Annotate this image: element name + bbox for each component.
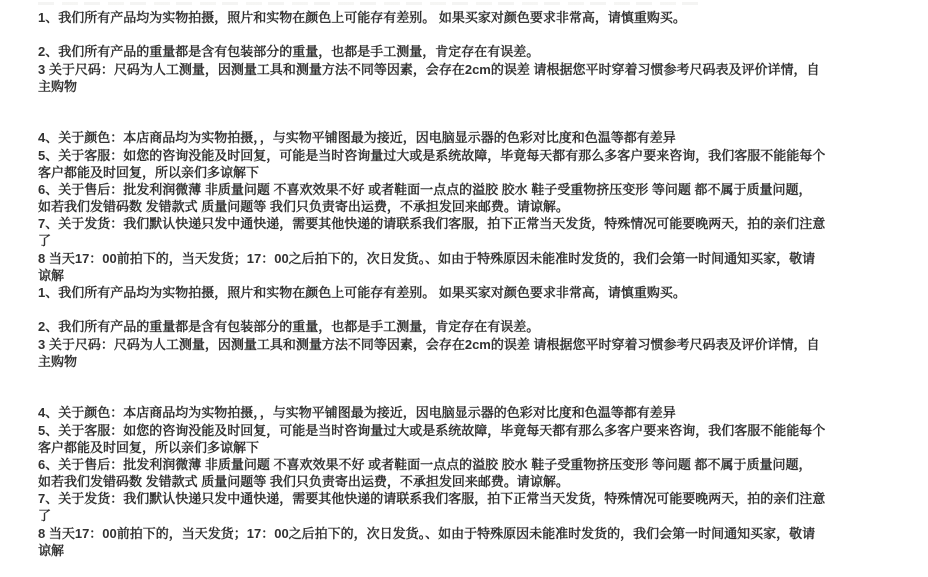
text-line: 客户都能及时回复，所以亲们多谅解下 [38, 164, 920, 181]
notice-block-2: 1、我们所有产品均为实物拍摄，照片和实物在颜色上可能存有差别。 如果买家对颜色要… [38, 284, 920, 559]
notice-text: 1、我们所有产品均为实物拍摄，照片和实物在颜色上可能存有差别。 如果买家对颜色要… [38, 9, 920, 559]
blank-line [38, 26, 920, 43]
text-line: 2、我们所有产品的重量都是含有包装部分的重量，也都是手工测量，肯定存在有误差。 [38, 43, 920, 60]
text-line: 4、关于颜色：本店商品均为实物拍摄，，与实物平铺图最为接近，因电脑显示器的色彩对… [38, 129, 920, 146]
text-line: 4、关于颜色：本店商品均为实物拍摄，，与实物平铺图最为接近，因电脑显示器的色彩对… [38, 404, 920, 421]
text-line: 6、关于售后：批发利润微薄 非质量问题 不喜欢效果不好 或者鞋面一点点的溢胶 胶… [38, 181, 920, 198]
text-line: 7、关于发货：我们默认快递只发中通快递，需要其他快递的请联系我们客服，拍下正常当… [38, 490, 920, 507]
text-line: 8 当天17：00前拍下的，当天发货；17：00之后拍下的，次日发货。、如由于特… [38, 250, 920, 267]
text-line: 客户都能及时回复，所以亲们多谅解下 [38, 439, 920, 456]
text-line: 主购物 [38, 78, 920, 95]
text-line: 了 [38, 232, 920, 249]
text-line: 1、我们所有产品均为实物拍摄，照片和实物在颜色上可能存有差别。 如果买家对颜色要… [38, 9, 920, 26]
text-line: 了 [38, 507, 920, 524]
text-line: 7、关于发货：我们默认快递只发中通快递，需要其他快递的请联系我们客服，拍下正常当… [38, 215, 920, 232]
text-line: 3 关于尺码：尺码为人工测量，因测量工具和测量方法不同等因素，会存在2cm的误差… [38, 336, 920, 353]
blank-line [38, 95, 920, 112]
product-notice-page: 1、我们所有产品均为实物拍摄，照片和实物在颜色上可能存有差别。 如果买家对颜色要… [0, 0, 928, 577]
blank-line [38, 370, 920, 387]
blank-line [38, 301, 920, 318]
blank-line [38, 112, 920, 129]
text-line: 6、关于售后：批发利润微薄 非质量问题 不喜欢效果不好 或者鞋面一点点的溢胶 胶… [38, 456, 920, 473]
clipped-text-remnant [38, 2, 698, 5]
blank-line [38, 387, 920, 404]
text-line: 2、我们所有产品的重量都是含有包装部分的重量，也都是手工测量，肯定存在有误差。 [38, 318, 920, 335]
text-line: 5、关于客服：如您的咨询没能及时回复，可能是当时咨询量过大或是系统故障，毕竟每天… [38, 147, 920, 164]
text-line: 8 当天17：00前拍下的，当天发货；17：00之后拍下的，次日发货。、如由于特… [38, 525, 920, 542]
text-line: 谅解 [38, 542, 920, 559]
text-line: 如若我们发错码数 发错款式 质量问题等 我们只负责寄出运费，不承担发回来邮费。请… [38, 473, 920, 490]
text-line: 3 关于尺码：尺码为人工测量，因测量工具和测量方法不同等因素，会存在2cm的误差… [38, 61, 920, 78]
text-line: 1、我们所有产品均为实物拍摄，照片和实物在颜色上可能存有差别。 如果买家对颜色要… [38, 284, 920, 301]
text-line: 5、关于客服：如您的咨询没能及时回复，可能是当时咨询量过大或是系统故障，毕竟每天… [38, 422, 920, 439]
text-line: 谅解 [38, 267, 920, 284]
notice-block-1: 1、我们所有产品均为实物拍摄，照片和实物在颜色上可能存有差别。 如果买家对颜色要… [38, 9, 920, 284]
text-line: 如若我们发错码数 发错款式 质量问题等 我们只负责寄出运费，不承担发回来邮费。请… [38, 198, 920, 215]
text-line: 主购物 [38, 353, 920, 370]
